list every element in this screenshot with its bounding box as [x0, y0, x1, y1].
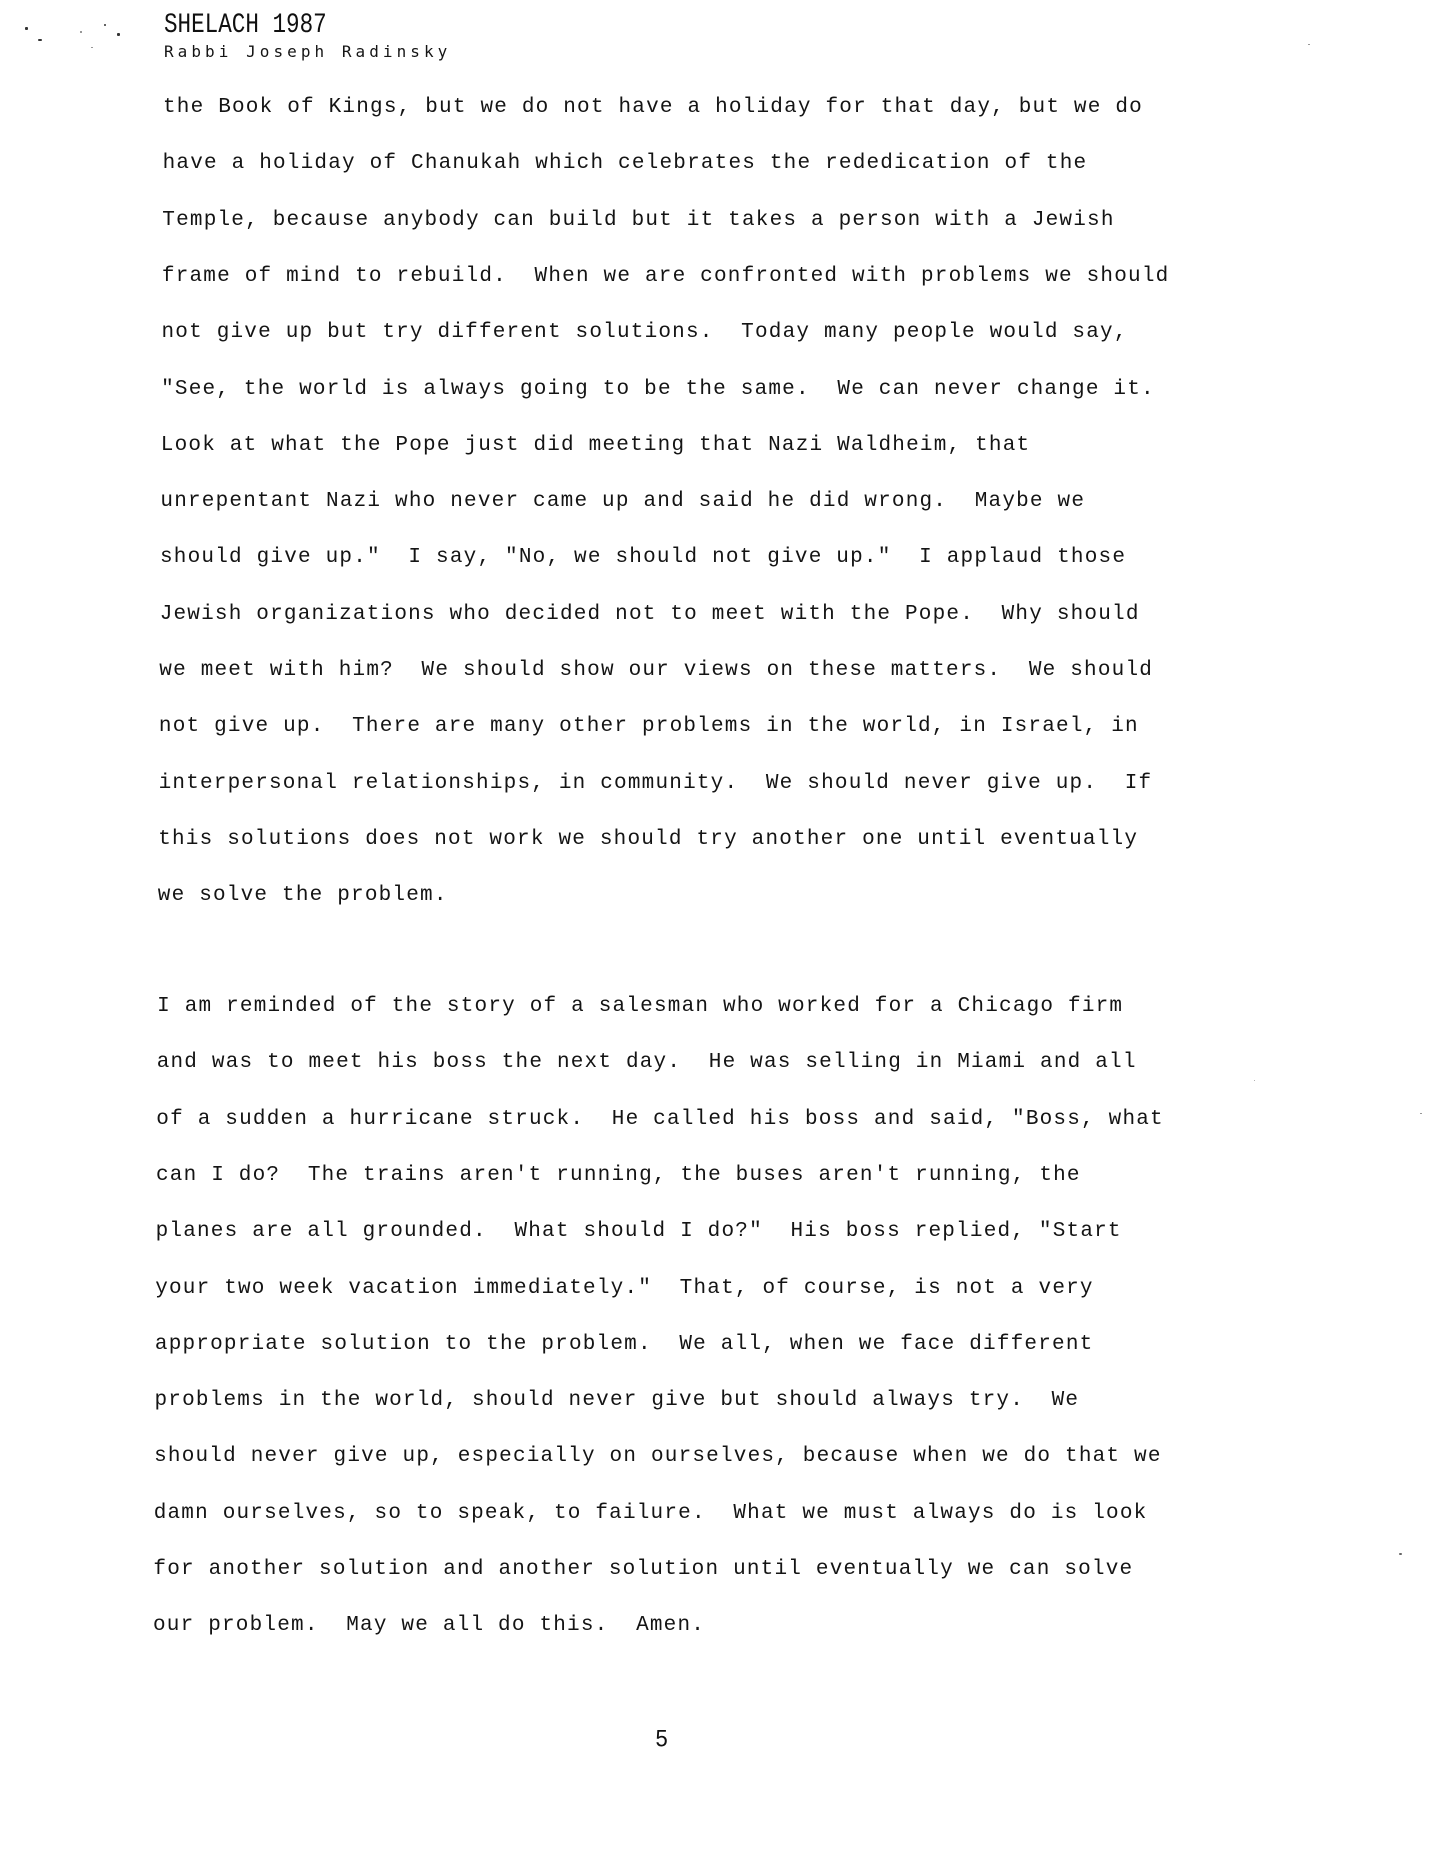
document-title: SHELACH 1987	[164, 9, 327, 41]
text-line: problems in the world, should never give…	[155, 1389, 1080, 1413]
text-line: I am reminded of the story of a salesman…	[157, 995, 1123, 1019]
text-line: Temple, because anybody can build but it…	[162, 209, 1114, 233]
text-line: should never give up, especially on ours…	[154, 1445, 1162, 1469]
text-line: have a holiday of Chanukah which celebra…	[163, 152, 1088, 176]
text-line: Jewish organizations who decided not to …	[160, 603, 1140, 627]
text-line: should give up." I say, "No, we should n…	[160, 546, 1126, 570]
scan-speck	[1308, 44, 1310, 45]
scan-speck	[80, 31, 82, 33]
scan-speck	[104, 24, 106, 26]
text-line: planes are all grounded. What should I d…	[156, 1220, 1122, 1244]
text-line: and was to meet his boss the next day. H…	[157, 1051, 1137, 1075]
text-line: this solutions does not work we should t…	[158, 828, 1138, 852]
text-line: "See, the world is always going to be th…	[161, 378, 1155, 402]
text-line: we solve the problem.	[158, 884, 448, 908]
scan-speck	[38, 39, 42, 41]
text-line: frame of mind to rebuild. When we are co…	[162, 265, 1170, 289]
text-line: damn ourselves, so to speak, to failure.…	[154, 1502, 1148, 1526]
scan-speck	[117, 33, 120, 36]
text-line: your two week vacation immediately." Tha…	[155, 1277, 1094, 1301]
text-line: our problem. May we all do this. Amen.	[153, 1614, 705, 1638]
text-line: not give up. There are many other proble…	[159, 715, 1139, 739]
scan-speck	[1420, 1113, 1422, 1114]
text-line: for another solution and another solutio…	[153, 1558, 1133, 1582]
text-line: can I do? The trains aren't running, the…	[156, 1164, 1081, 1188]
text-line: appropriate solution to the problem. We …	[155, 1333, 1094, 1357]
document-page: SHELACH 1987 Rabbi Joseph Radinsky the B…	[0, 0, 1430, 1851]
text-line: Look at what the Pope just did meeting t…	[161, 434, 1031, 458]
document-author: Rabbi Joseph Radinsky	[164, 42, 451, 62]
text-line: we meet with him? We should show our vie…	[159, 659, 1153, 683]
text-line: interpersonal relationships, in communit…	[159, 772, 1153, 796]
text-line: the Book of Kings, but we do not have a …	[163, 96, 1143, 120]
scan-speck	[91, 47, 93, 48]
text-line: of a sudden a hurricane struck. He calle…	[156, 1108, 1164, 1132]
scan-speck	[1254, 1080, 1255, 1081]
scan-speck	[25, 27, 28, 30]
page-number: 5	[655, 1727, 668, 1755]
text-line: not give up but try different solutions.…	[162, 321, 1128, 345]
scan-speck	[1399, 1553, 1402, 1555]
text-line: unrepentant Nazi who never came up and s…	[160, 490, 1085, 514]
